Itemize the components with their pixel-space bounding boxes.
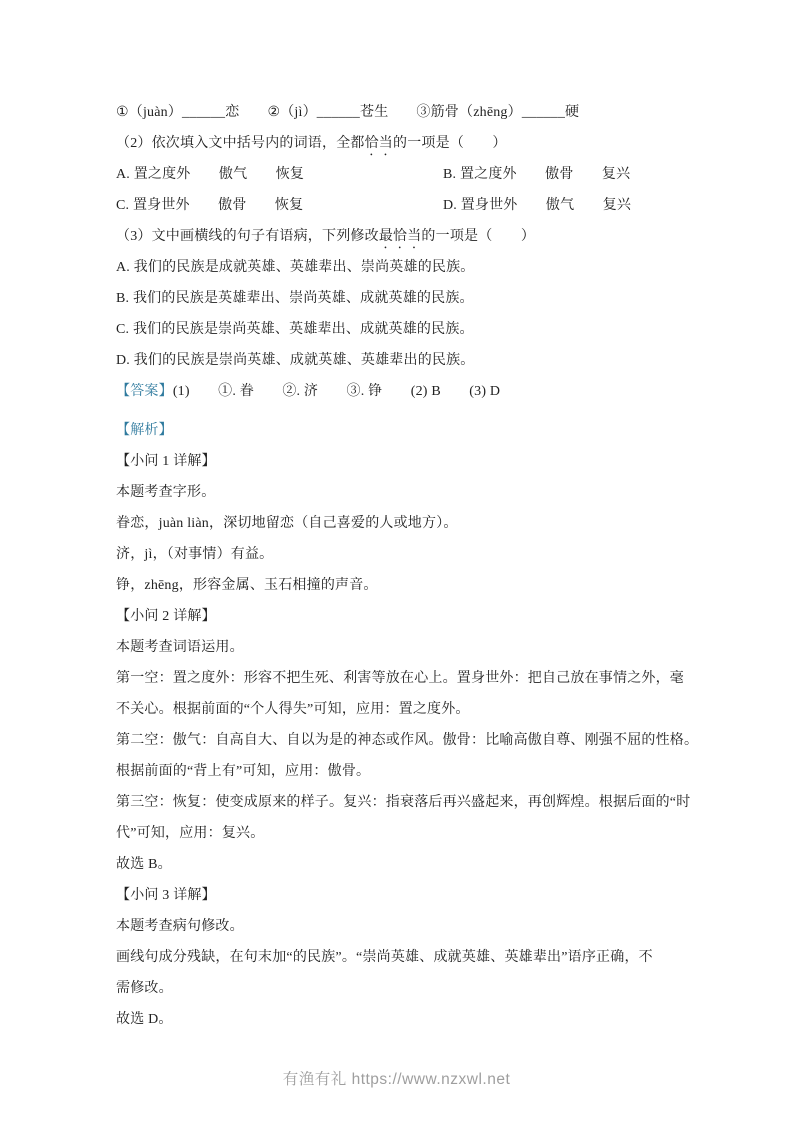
fill-blank-line: ①（juàn）______恋②（jì）______苍生③筋骨（zhēng）___… [116, 97, 716, 128]
question-2-stem: （2）依次填入文中括号内的词语，全都恰当的一项是（ ） [116, 128, 716, 159]
q3-stem-prefix: （3）文中画横线的句子有语病，下列修改 [116, 229, 379, 244]
fill-blank-item-1: ①（juàn）______恋 [116, 105, 239, 120]
q3-option-a: A. 我们的民族是成就英雄、英雄辈出、崇尚英雄的民族。 [116, 252, 716, 283]
q2-option-b: B. 置之度外 傲骨 复兴 [443, 167, 630, 182]
q2-option-d: D. 置身世外 傲气 复兴 [443, 198, 631, 213]
answer-content: (1) ①. 眷 ②. 济 ③. 铮 (2) B (3) D [173, 384, 500, 399]
sub2-conclusion: 故选 B。 [116, 849, 716, 880]
q3-stem-emphasis: 最恰当 [379, 229, 422, 244]
q3-option-d: D. 我们的民族是崇尚英雄、成就英雄、英雄辈出的民族。 [116, 345, 716, 376]
sub1-text-line-4: 铮，zhēng，形容金属、玉石相撞的声音。 [116, 570, 716, 601]
sub3-text-line-3: 需修改。 [116, 973, 716, 1004]
watermark-url: https://www.nzxwl.net [352, 1071, 511, 1088]
exam-content: ①（juàn）______恋②（jì）______苍生③筋骨（zhēng）___… [116, 97, 716, 1035]
sub3-conclusion: 故选 D。 [116, 1004, 716, 1035]
sub2-text-line-6: 第三空：恢复：使变成原来的样子。复兴：指衰落后再兴盛起来，再创辉煌。根据后面的“… [116, 787, 716, 818]
q3-stem-suffix: 的一项是（ ） [421, 229, 535, 244]
q3-option-c: C. 我们的民族是崇尚英雄、英雄辈出、成就英雄的民族。 [116, 314, 716, 345]
q2-options-row-1: A. 置之度外 傲气 恢复B. 置之度外 傲骨 复兴 [116, 159, 716, 190]
answer-line: 【答案】(1) ①. 眷 ②. 济 ③. 铮 (2) B (3) D [116, 376, 716, 407]
fill-blank-item-2: ②（jì）______苍生 [267, 105, 388, 120]
sub2-text-line-1: 本题考查词语运用。 [116, 632, 716, 663]
sub2-text-line-3: 不关心。根据前面的“个人得失”可知，应用：置之度外。 [116, 694, 716, 725]
subquestion-3-heading: 【小问 3 详解】 [116, 880, 716, 911]
q3-option-b: B. 我们的民族是英雄辈出、崇尚英雄、成就英雄的民族。 [116, 283, 716, 314]
sub1-text-line-2: 眷恋，juàn liàn，深切地留恋（自己喜爱的人或地方）。 [116, 508, 716, 539]
watermark-site-name: 有渔有礼 [283, 1071, 347, 1088]
question-3-stem: （3）文中画横线的句子有语病，下列修改最恰当的一项是（ ） [116, 221, 716, 252]
sub3-text-line-1: 本题考查病句修改。 [116, 911, 716, 942]
sub2-text-line-5: 根据前面的“背上有”可知，应用：傲骨。 [116, 756, 716, 787]
q2-stem-prefix: （2）依次填入文中括号内的词语，全都 [116, 136, 365, 151]
q2-stem-emphasis: 恰当 [365, 136, 393, 151]
fill-blank-item-3: ③筋骨（zhēng）______硬 [416, 105, 579, 120]
watermark-footer: 有渔有礼 https://www.nzxwl.net [0, 1064, 793, 1095]
answer-label: 【答案】 [116, 384, 173, 399]
q2-option-c: C. 置身世外 傲骨 恢复 [116, 190, 443, 221]
q2-stem-suffix: 的一项是（ ） [393, 136, 507, 151]
sub2-text-line-7: 代”可知，应用：复兴。 [116, 818, 716, 849]
subquestion-1-heading: 【小问 1 详解】 [116, 446, 716, 477]
sub1-text-line-1: 本题考查字形。 [116, 477, 716, 508]
q2-option-a: A. 置之度外 傲气 恢复 [116, 159, 443, 190]
sub2-text-line-4: 第二空：傲气：自高自大、自以为是的神态或作风。傲骨：比喻高傲自尊、刚强不屈的性格… [116, 725, 716, 756]
analysis-label: 【解析】 [116, 415, 716, 446]
q2-options-row-2: C. 置身世外 傲骨 恢复D. 置身世外 傲气 复兴 [116, 190, 716, 221]
sub3-text-line-2: 画线句成分残缺，在句末加“的民族”。“崇尚英雄、成就英雄、英雄辈出”语序正确，不 [116, 942, 716, 973]
document-page: ①（juàn）______恋②（jì）______苍生③筋骨（zhēng）___… [0, 0, 793, 1122]
subquestion-2-heading: 【小问 2 详解】 [116, 601, 716, 632]
sub1-text-line-3: 济，jì，（对事情）有益。 [116, 539, 716, 570]
sub2-text-line-2: 第一空：置之度外：形容不把生死、利害等放在心上。置身世外：把自己放在事情之外，毫 [116, 663, 716, 694]
